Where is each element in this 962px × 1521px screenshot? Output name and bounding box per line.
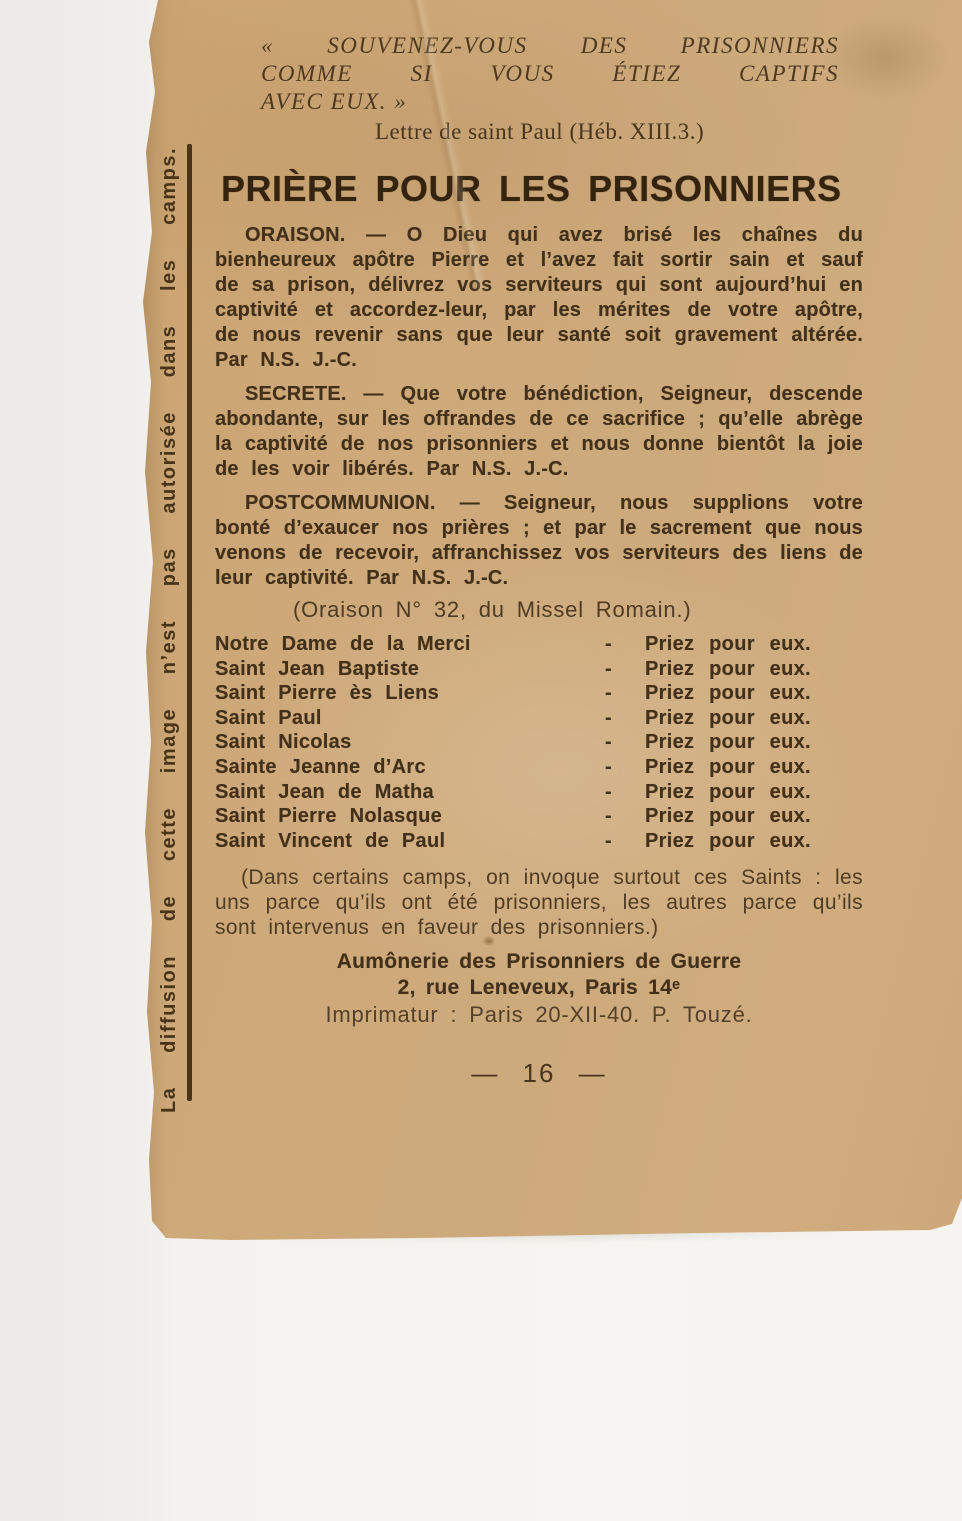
saint-name: Sainte Jeanne d’Arc [215, 755, 605, 780]
quote-attribution: Lettre de saint Paul (Héb. XIII.3.) [375, 118, 863, 145]
page-number: — 16 — [215, 1058, 863, 1089]
quote-line: « SOUVENEZ-VOUS DES PRISONNIERS [261, 32, 839, 60]
litany-response: Priez pour eux. [645, 829, 811, 854]
footer-imprimatur: Imprimatur : Paris 20-XII-40. P. Touzé. [215, 1001, 863, 1028]
footer-address: 2, rue Leneveux, Paris 14ᵉ [215, 975, 863, 1001]
litany-dash: - [605, 804, 645, 829]
litany-row: Saint Pierre ès Liens-Priez pour eux. [215, 681, 863, 706]
litany-response: Priez pour eux. [645, 804, 811, 829]
printed-content: « SOUVENEZ-VOUS DES PRISONNIERS COMME SI… [215, 0, 863, 1089]
saint-name: Saint Vincent de Paul [215, 829, 605, 854]
censor-margin-note: La diffusion de cette image n’est pas au… [152, 147, 186, 1113]
litany-dash: - [605, 755, 645, 780]
prayer-oraison: ORAISON. — O Dieu qui avez brisé les cha… [215, 223, 863, 373]
litany-response: Priez pour eux. [645, 632, 811, 657]
litany-response: Priez pour eux. [645, 730, 811, 755]
quote-line: AVEC EUX. » [261, 88, 839, 116]
litany-response: Priez pour eux. [645, 755, 811, 780]
scanned-prayer-leaflet: { "palette": { "paper": "#cda97a", "pape… [0, 0, 962, 1521]
saint-name: Saint Jean Baptiste [215, 657, 605, 682]
page-title: PRIÈRE POUR LES PRISONNIERS [221, 170, 863, 208]
leaflet-paper: La diffusion de cette image n’est pas au… [0, 0, 962, 1245]
camp-explanatory-note: (Dans certains camps, on invoque surtout… [215, 865, 863, 940]
litany-response: Priez pour eux. [645, 780, 811, 805]
missal-source-note: (Oraison N° 32, du Missel Romain.) [293, 596, 863, 623]
litany-row: Saint Jean de Matha-Priez pour eux. [215, 780, 863, 805]
litany-dash: - [605, 730, 645, 755]
litany-row: Saint Paul-Priez pour eux. [215, 706, 863, 731]
saint-name: Notre Dame de la Merci [215, 632, 605, 657]
saint-name: Saint Paul [215, 706, 605, 731]
saint-name: Saint Nicolas [215, 730, 605, 755]
margin-divider-rule [187, 144, 192, 1101]
litany-row: Saint Nicolas-Priez pour eux. [215, 730, 863, 755]
quote-line: COMME SI VOUS ÉTIEZ CAPTIFS [261, 60, 839, 88]
litany-dash: - [605, 780, 645, 805]
litany-dash: - [605, 829, 645, 854]
litany-dash: - [605, 632, 645, 657]
litany-dash: - [605, 706, 645, 731]
litany-list: Notre Dame de la Merci-Priez pour eux. S… [215, 632, 863, 853]
saint-name: Saint Jean de Matha [215, 780, 605, 805]
litany-response: Priez pour eux. [645, 681, 811, 706]
litany-row: Sainte Jeanne d’Arc-Priez pour eux. [215, 755, 863, 780]
litany-row: Saint Jean Baptiste-Priez pour eux. [215, 657, 863, 682]
footer-organization: Aumônerie des Prisonniers de Guerre [215, 949, 863, 975]
scripture-quote: « SOUVENEZ-VOUS DES PRISONNIERS COMME SI… [261, 32, 839, 116]
litany-response: Priez pour eux. [645, 657, 811, 682]
litany-row: Saint Pierre Nolasque-Priez pour eux. [215, 804, 863, 829]
prayer-postcommunion: POSTCOMMUNION. — Seigneur, nous supplion… [215, 491, 863, 591]
litany-row: Saint Vincent de Paul-Priez pour eux. [215, 829, 863, 854]
saint-name: Saint Pierre Nolasque [215, 804, 605, 829]
litany-response: Priez pour eux. [645, 706, 811, 731]
prayer-secrete: SECRETE. — Que votre bénédiction, Seigne… [215, 382, 863, 482]
saint-name: Saint Pierre ès Liens [215, 681, 605, 706]
litany-dash: - [605, 681, 645, 706]
litany-row: Notre Dame de la Merci-Priez pour eux. [215, 632, 863, 657]
litany-dash: - [605, 657, 645, 682]
